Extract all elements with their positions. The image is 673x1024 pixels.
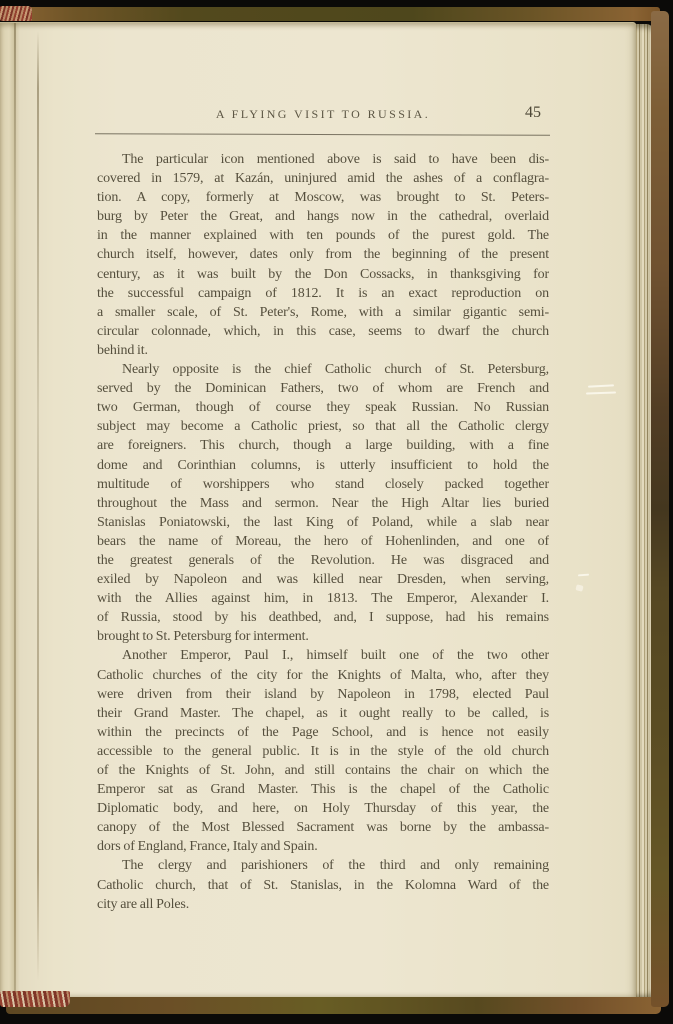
- text-line: burg by Peter the Great, and hangs now i…: [97, 207, 549, 226]
- book-cover-top-edge: [8, 7, 660, 21]
- text-line: city are all Poles.: [97, 895, 549, 914]
- text-line: Catholic church, that of St. Stanislas, …: [97, 876, 549, 895]
- text-line: were driven from their island by Napoleo…: [97, 685, 549, 704]
- text-line: two German, though of course they speak …: [97, 398, 549, 417]
- text-line: the successful campaign of 1812. It is a…: [97, 284, 549, 303]
- text-line: The particular icon mentioned above is s…: [97, 150, 549, 169]
- page-number: 45: [525, 104, 541, 122]
- paper-blemish: [575, 584, 583, 592]
- text-line: church itself, however, dates only from …: [97, 245, 549, 264]
- running-title: A FLYING VISIT TO RUSSIA.: [97, 107, 549, 122]
- header-rule: [95, 133, 550, 136]
- gutter-crease-line: [37, 31, 39, 981]
- text-line: behind it.: [97, 341, 549, 360]
- gutter-fold-line: [14, 23, 16, 999]
- text-line: bears the name of Moreau, the hero of Ho…: [97, 532, 549, 551]
- paragraph: Another Emperor, Paul I., himself built …: [97, 646, 549, 856]
- paper-blemish: [588, 384, 614, 387]
- text-line: century, as it was built by the Don Coss…: [97, 265, 549, 284]
- text-line: tion. A copy, formerly at Moscow, was br…: [97, 188, 549, 207]
- marbled-headband-top: [0, 6, 32, 21]
- text-line: canopy of the Most Blessed Sacrament was…: [97, 818, 549, 837]
- text-line: subject may become a Catholic priest, so…: [97, 417, 549, 436]
- paragraph: The particular icon mentioned above is s…: [97, 150, 549, 360]
- text-line: Diplomatic body, and here, on Holy Thurs…: [97, 799, 549, 818]
- text-line: dome and Corinthian columns, is utterly …: [97, 456, 549, 475]
- text-line: multitude of worshippers who stand close…: [97, 475, 549, 494]
- text-line: Another Emperor, Paul I., himself built …: [97, 646, 549, 665]
- text-line: dors of England, France, Italy and Spain…: [97, 837, 549, 856]
- paper-blemish: [578, 574, 589, 577]
- text-line: are foreigners. This church, though a la…: [97, 436, 549, 455]
- book-scan: A FLYING VISIT TO RUSSIA. 45 The particu…: [0, 0, 673, 1024]
- text-line: The clergy and parishioners of the third…: [97, 856, 549, 875]
- text-line: covered in 1579, at Kazán, uninjured ami…: [97, 169, 549, 188]
- book-cover-bottom-edge: [6, 997, 661, 1014]
- text-line: circular colonnade, which, in this case,…: [97, 322, 549, 341]
- marbled-headband-bottom: [0, 991, 70, 1007]
- text-line: in the manner explained with ten pounds …: [97, 226, 549, 245]
- text-line: of the Knights of St. John, and still co…: [97, 761, 549, 780]
- text-line: Stanislas Poniatowski, the last King of …: [97, 513, 549, 532]
- text-line: within the precincts of the Page School,…: [97, 723, 549, 742]
- page-body: The particular icon mentioned above is s…: [97, 150, 549, 914]
- text-line: the greatest generals of the Revolution.…: [97, 551, 549, 570]
- paragraph: Nearly opposite is the chief Catholic ch…: [97, 360, 549, 646]
- book-page: A FLYING VISIT TO RUSSIA. 45 The particu…: [0, 22, 636, 1000]
- text-line: Emperor sat as Grand Master. This is the…: [97, 780, 549, 799]
- text-line: brought to St. Petersburg for interment.: [97, 627, 549, 646]
- running-header: A FLYING VISIT TO RUSSIA. 45: [97, 104, 549, 128]
- paper-blemish: [586, 391, 616, 394]
- text-line: a smaller scale, of St. Peter's, Rome, w…: [97, 303, 549, 322]
- text-line: their Grand Master. The chapel, as it ou…: [97, 704, 549, 723]
- text-line: of Russia, stood by his deathbed, and, I…: [97, 608, 549, 627]
- paragraph: The clergy and parishioners of the third…: [97, 856, 549, 913]
- book-cover-right-board: [651, 11, 669, 1007]
- text-line: Catholic churches of the city for the Kn…: [97, 666, 549, 685]
- text-line: accessible to the general public. It is …: [97, 742, 549, 761]
- text-line: throughout the Mass and sermon. Near the…: [97, 494, 549, 513]
- text-line: Nearly opposite is the chief Catholic ch…: [97, 360, 549, 379]
- text-line: served by the Dominican Fathers, two of …: [97, 379, 549, 398]
- text-line: with the Allies against him, in 1813. Th…: [97, 589, 549, 608]
- text-line: exiled by Napoleon and was killed near D…: [97, 570, 549, 589]
